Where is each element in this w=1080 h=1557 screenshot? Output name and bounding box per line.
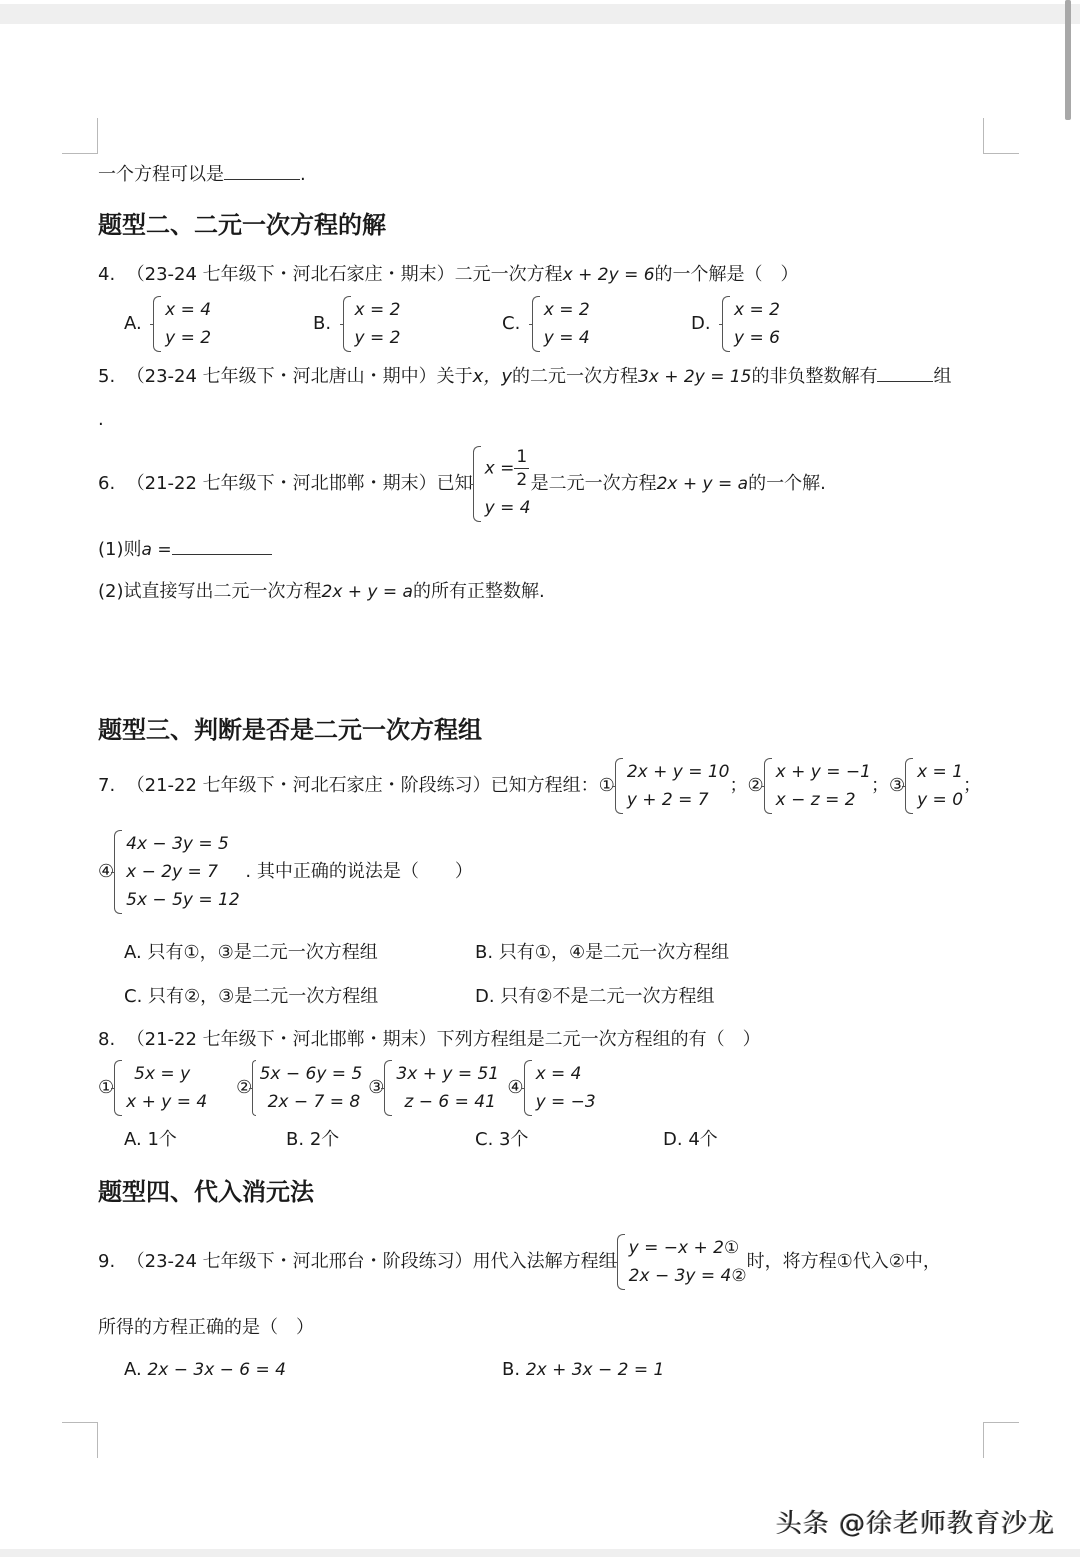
q7-option-d[interactable]: D. 只有②不是二元一次方程组 [475, 985, 714, 1009]
question-mid: 是二元一次方程 [531, 472, 657, 496]
row: y = 0 [917, 786, 963, 814]
equation: 2x + y = a [657, 472, 748, 496]
part-tail: 的所有正整数解. [413, 581, 545, 602]
q8-systems: ① 5x = yx + y = 4 ② 5x − 6y = 52x − 7 = … [98, 1060, 596, 1116]
brace-icon [343, 296, 351, 352]
q4-option-c[interactable]: C. x = 2y = 4 [502, 296, 590, 352]
row: x = 2 [734, 296, 780, 324]
brace-icon [473, 446, 481, 522]
row: x − 2y = 7 [126, 858, 240, 886]
brace-icon [905, 758, 913, 814]
option-text: 只有②不是二元一次方程组 [500, 986, 714, 1007]
row: y = −x + 2① [629, 1234, 747, 1262]
brace-icon [532, 296, 540, 352]
section-heading-4: 题型四、代入消元法 [98, 1177, 314, 1207]
option-label: C. [475, 1129, 493, 1150]
equation-system: 2x + y = 10y + 2 = 7 [615, 758, 730, 814]
equation-system: x = 2y = 6 [722, 296, 780, 352]
brace-icon [252, 1060, 255, 1116]
fraction: 12 [514, 446, 529, 491]
separator: ； [730, 774, 748, 798]
question-number: 9. [98, 1250, 115, 1274]
page-corner-mark-bottom-right [983, 1422, 1019, 1458]
option-label: A. [124, 313, 142, 334]
q7-option-b[interactable]: B. 只有①，④是二元一次方程组 [475, 941, 729, 965]
row: x = 4 [536, 1060, 596, 1088]
question-7: 7. （21-22 七年级下・河北石家庄・阶段练习）已知方程组： ① 2x + … [98, 758, 981, 814]
row: x = 2 [544, 296, 590, 324]
question-tail: 的一个解. [748, 472, 826, 496]
equation-system: x = 2y = 4 [532, 296, 590, 352]
equation-system: x = 1y = 0 [905, 758, 963, 814]
question-7-cont: ④ 4x − 3y = 5x − 2y = 75x − 5y = 12 . 其中… [98, 830, 473, 914]
question-source: （23-24 七年级下・河北唐山・期中）关于 [127, 366, 473, 387]
row: x = 1 [917, 758, 963, 786]
option-label: D. [691, 313, 711, 334]
equation-system: y = −x + 2①2x − 3y = 4② [617, 1234, 747, 1290]
question-tail: 的一个解是（ ） [655, 264, 799, 285]
equation-system: 5x − 6y = 52x − 7 = 8 [252, 1060, 362, 1116]
brace-icon [615, 758, 623, 814]
row-lhs: x = [485, 459, 515, 479]
answer-blank [877, 365, 933, 382]
part-prefix: (1)则 [98, 539, 142, 560]
equation: 2x + y = a [322, 582, 413, 602]
section-heading-3: 题型三、判断是否是二元一次方程组 [98, 715, 482, 745]
row: x + y = −1 [776, 758, 871, 786]
option-label: B. [286, 1129, 304, 1150]
q8-option-a[interactable]: A. 1个 [124, 1128, 177, 1152]
denominator: 2 [516, 469, 527, 491]
question-5: 5. （23-24 七年级下・河北唐山・期中）关于x，y的二元一次方程3x + … [98, 365, 951, 389]
row: y + 2 = 7 [627, 786, 730, 814]
option-label: B. [475, 942, 493, 963]
q7-option-c[interactable]: C. 只有②，③是二元一次方程组 [124, 985, 378, 1009]
question-tail: . 其中正确的说法是（ ） [245, 860, 472, 884]
question-source: （23-24 七年级下・河北石家庄・期末）二元一次方程 [127, 264, 563, 285]
row: 2x − 3y = 4② [629, 1262, 747, 1290]
row: 5x − 5y = 12 [126, 886, 240, 914]
separator: ； [963, 774, 981, 798]
equation: a = [142, 540, 172, 560]
row: x =12 [485, 446, 531, 491]
option-text: 只有②，③是二元一次方程组 [148, 986, 378, 1007]
question-source: （21-22 七年级下・河北邯郸・期末）已知 [127, 472, 473, 496]
q9-option-b[interactable]: B. 2x + 3x − 2 = 1 [502, 1358, 664, 1382]
q7-option-a[interactable]: A. 只有①，③是二元一次方程组 [124, 941, 378, 965]
row: y = −3 [536, 1088, 596, 1116]
row: 2x − 7 = 8 [260, 1088, 363, 1116]
q6-part2: (2)试直接写出二元一次方程2x + y = a的所有正整数解. [98, 580, 545, 604]
option-label: A. [124, 1359, 142, 1380]
brace-icon [764, 758, 772, 814]
option-text: 3个 [499, 1129, 528, 1150]
row: x − z = 2 [776, 786, 871, 814]
q6-part1: (1)则a = [98, 538, 272, 562]
question-9: 9. （23-24 七年级下・河北邢台・阶段练习）用代入法解方程组 y = −x… [98, 1234, 941, 1290]
option-label: C. [124, 986, 142, 1007]
equation: x + 2y = 6 [563, 265, 655, 285]
question-number: 8. [98, 1029, 115, 1050]
row: y = 4 [544, 324, 590, 352]
page-corner-mark-bottom-left [62, 1422, 98, 1458]
question-number: 6. [98, 472, 115, 496]
brace-icon [524, 1060, 532, 1116]
option-label: A. [124, 1129, 142, 1150]
brace-icon [617, 1234, 625, 1290]
option-label: B. [502, 1359, 520, 1380]
option-text: 2个 [310, 1129, 339, 1150]
row: x = 4 [165, 296, 211, 324]
question-tail: 时，将方程①代入②中， [747, 1250, 941, 1274]
option-label: A. [124, 942, 142, 963]
equation-system: x = 4y = 2 [153, 296, 211, 352]
q4-option-b[interactable]: B. x = 2y = 2 [313, 296, 400, 352]
question-mid: 的二元一次方程 [512, 366, 638, 387]
option-text: 2x − 3x − 6 = 4 [147, 1360, 286, 1380]
q8-option-b[interactable]: B. 2个 [286, 1128, 339, 1152]
row: y = 6 [734, 324, 780, 352]
row: y = 2 [165, 324, 211, 352]
q5-trailing-period: . [98, 408, 104, 432]
section-heading-2: 题型二、二元一次方程的解 [98, 210, 386, 240]
numerator: 1 [514, 446, 529, 469]
option-text: 1个 [147, 1129, 176, 1150]
question-9-line2: 所得的方程正确的是（ ） [98, 1316, 314, 1340]
question-source: （23-24 七年级下・河北邢台・阶段练习）用代入法解方程组 [127, 1250, 617, 1274]
brace-icon [153, 296, 161, 352]
equation-system: x =12 y = 4 [473, 446, 531, 522]
row: x = 2 [355, 296, 401, 324]
row: y = 4 [485, 494, 531, 522]
option-text: 2x + 3x − 2 = 1 [526, 1360, 665, 1380]
page-corner-mark-top-right [983, 118, 1019, 154]
question-source: （21-22 七年级下・河北邯郸・期末）下列方程组是二元一次方程组的有（ ） [127, 1029, 761, 1050]
option-label: D. [475, 986, 495, 1007]
q8-option-d[interactable]: D. 4个 [663, 1128, 718, 1152]
intro-line: 一个方程可以是. [98, 163, 306, 187]
intro-end: . [300, 164, 306, 185]
variables: x，y [473, 366, 512, 387]
question-number: 7. [98, 774, 115, 798]
row: z − 6 = 41 [396, 1088, 499, 1116]
question-number: 5. [98, 366, 115, 387]
unit: 组 [933, 366, 951, 387]
option-label: D. [663, 1129, 683, 1150]
top-toolbar-strip [0, 4, 1080, 24]
option-text: 只有①，③是二元一次方程组 [147, 942, 377, 963]
bottom-strip [0, 1549, 1080, 1557]
equation-system: x = 4y = −3 [524, 1060, 596, 1116]
row: 4x − 3y = 5 [126, 830, 240, 858]
question-number: 4. [98, 264, 115, 285]
answer-blank [172, 538, 272, 555]
equation-system: x + y = −1x − z = 2 [764, 758, 871, 814]
equation-system: x = 2y = 2 [343, 296, 401, 352]
question-8: 8. （21-22 七年级下・河北邯郸・期末）下列方程组是二元一次方程组的有（ … [98, 1028, 761, 1052]
equation-system: 5x = yx + y = 4 [114, 1060, 214, 1116]
row: 5x − 6y = 5 [260, 1060, 363, 1088]
q4-option-d[interactable]: D. x = 2y = 6 [691, 296, 780, 352]
equation-system: 3x + y = 51z − 6 = 41 [384, 1060, 499, 1116]
option-label: B. [313, 313, 331, 334]
option-text: 只有①，④是二元一次方程组 [499, 942, 729, 963]
page-corner-mark-top-left [62, 118, 98, 154]
option-text: 4个 [688, 1129, 717, 1150]
part-prefix: (2)试直接写出二元一次方程 [98, 581, 322, 602]
row: 3x + y = 51 [396, 1060, 499, 1088]
brace-icon [384, 1060, 392, 1116]
equation: 3x + 2y = 15 [638, 367, 752, 387]
option-label: C. [502, 313, 520, 334]
watermark: 头条 @徐老师教育沙龙 [776, 1503, 1055, 1540]
question-6: 6. （21-22 七年级下・河北邯郸・期末）已知 x =12 y = 4 是二… [98, 446, 826, 522]
separator: ； [871, 774, 889, 798]
answer-blank [224, 163, 300, 180]
row: y = 2 [355, 324, 401, 352]
row: x + y = 4 [126, 1088, 207, 1116]
question-tail: 的非负整数解有 [751, 366, 877, 387]
question-source: （21-22 七年级下・河北石家庄・阶段练习）已知方程组： [127, 774, 599, 798]
brace-icon [722, 296, 730, 352]
q4-option-a[interactable]: A. x = 4y = 2 [124, 296, 211, 352]
intro-text: 一个方程可以是 [98, 164, 224, 185]
row: 2x + y = 10 [627, 758, 730, 786]
q9-option-a[interactable]: A. 2x − 3x − 6 = 4 [124, 1358, 286, 1382]
vertical-scrollbar[interactable] [1065, 0, 1071, 120]
q8-option-c[interactable]: C. 3个 [475, 1128, 528, 1152]
question-4: 4. （23-24 七年级下・河北石家庄・期末）二元一次方程x + 2y = 6… [98, 263, 799, 287]
brace-icon [114, 1060, 122, 1116]
brace-icon [114, 830, 122, 914]
equation-system: 4x − 3y = 5x − 2y = 75x − 5y = 12 [114, 830, 240, 914]
row: 5x = y [126, 1060, 207, 1088]
